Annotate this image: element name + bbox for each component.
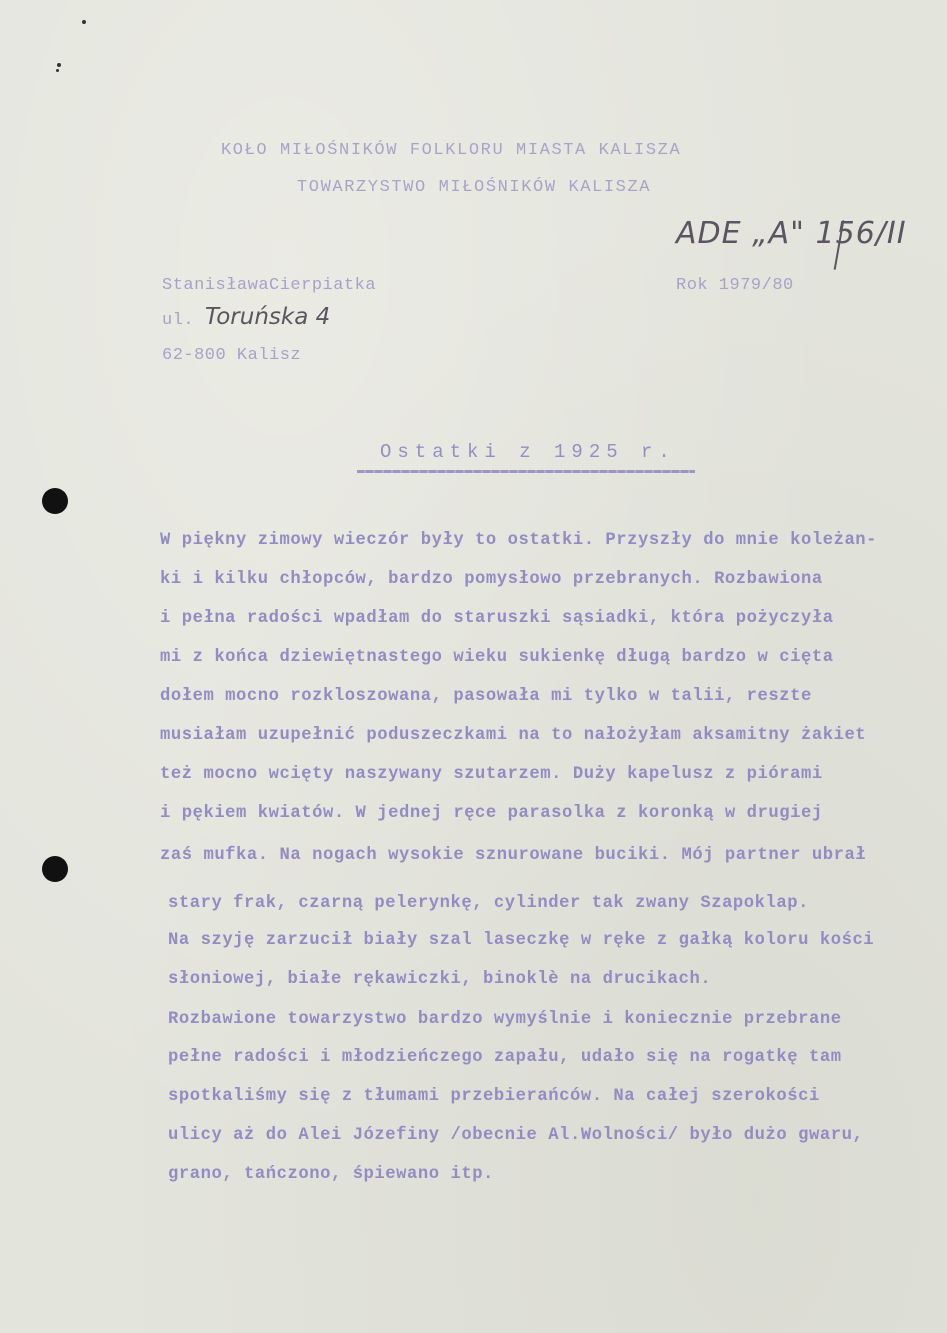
- body-line: zaś mufka. Na nogach wysokie sznurowane …: [160, 846, 866, 865]
- body-line: Rozbawione towarzystwo bardzo wymyślnie …: [168, 1010, 842, 1029]
- letterhead-line-1: KOŁO MIŁOŚNIKÓW FOLKLORU MIASTA KALISZA: [221, 141, 681, 160]
- archive-reference-handwritten: ADE „A" 156/II: [676, 216, 907, 251]
- punch-hole-bottom: [42, 856, 68, 882]
- author-postal-city: 62-800 Kalisz: [162, 346, 301, 365]
- body-line: i pełna radości wpadłam do staruszki sąs…: [160, 609, 834, 628]
- title-underline: [357, 470, 695, 473]
- document-year: Rok 1979/80: [676, 276, 794, 295]
- body-line: spotkaliśmy się z tłumami przebierańców.…: [168, 1087, 820, 1106]
- punch-hole-top: [42, 488, 68, 514]
- body-line: dołem mocno rozkloszowana, pasowała mi t…: [160, 687, 812, 706]
- body-line: też mocno wcięty naszywany szutarzem. Du…: [160, 765, 823, 784]
- body-line: W piękny zimowy wieczór były to ostatki.…: [160, 531, 877, 550]
- body-line: słoniowej, białe rękawiczki, binoklè na …: [168, 970, 711, 989]
- body-line: Na szyję zarzucił biały szal laseczkę w …: [168, 931, 874, 950]
- body-line: mi z końca dziewiętnastego wieku sukienk…: [160, 648, 834, 667]
- body-line: i pękiem kwiatów. W jednej ręce parasolk…: [160, 804, 823, 823]
- ink-speck: [82, 20, 86, 24]
- body-line: musiałam uzupełnić poduszeczkami na to n…: [160, 726, 866, 745]
- body-line: pełne radości i młodzieńczego zapału, ud…: [168, 1048, 842, 1067]
- ink-speck: [56, 69, 59, 72]
- author-name: StanisławaCierpiatka: [162, 276, 376, 295]
- body-line: stary frak, czarną pelerynkę, cylinder t…: [168, 894, 809, 913]
- letterhead-line-2: TOWARZYSTWO MIŁOŚNIKÓW KALISZA: [297, 178, 651, 197]
- document-title: Ostatki z 1925 r.: [380, 441, 676, 463]
- body-line: ulicy aż do Alei Józefiny /obecnie Al.Wo…: [168, 1126, 863, 1145]
- author-street-prefix: ul.: [162, 311, 194, 330]
- body-line: ki i kilku chłopców, bardzo pomysłowo pr…: [160, 570, 823, 589]
- ink-speck: [57, 63, 61, 67]
- body-line: grano, tańczono, śpiewano itp.: [168, 1165, 494, 1184]
- author-street-handwritten: Toruńska 4: [205, 304, 330, 330]
